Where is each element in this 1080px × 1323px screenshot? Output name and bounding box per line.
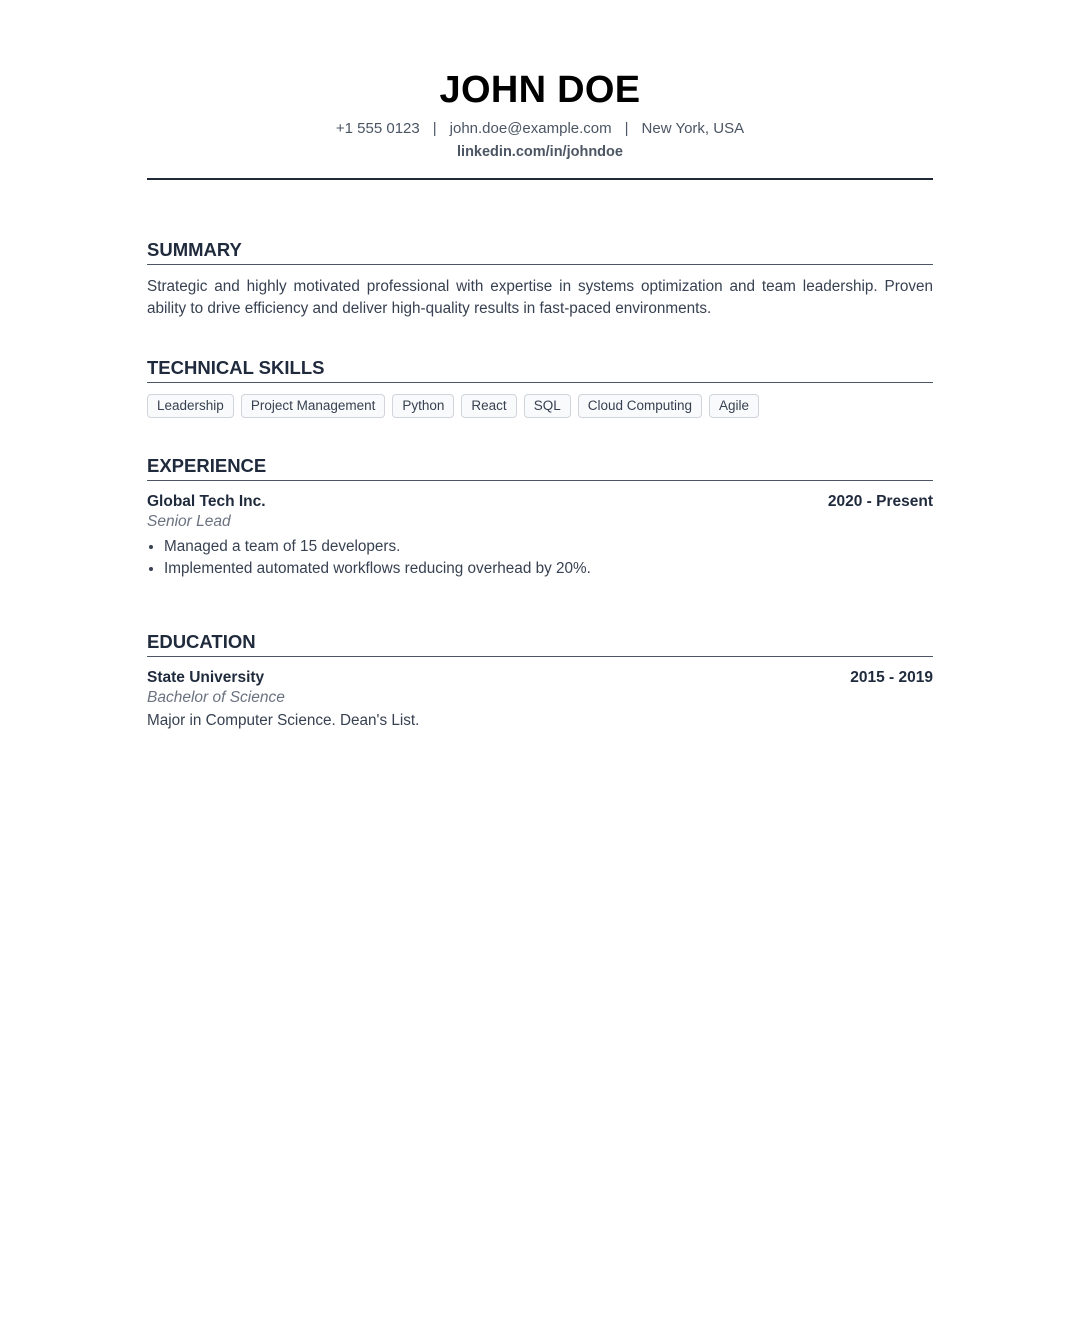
skill-tag: Python [392,394,454,418]
linkedin-link[interactable]: linkedin.com/in/johndoe [147,142,933,162]
education-entry: State University 2015 - 2019 Bachelor of… [147,668,933,732]
degree: Bachelor of Science [147,688,933,708]
achievement-list: Managed a team of 15 developers. Impleme… [147,536,933,580]
section-title-education: EDUCATION [147,630,933,657]
resume-header: JOHN DOE +1 555 0123|john.doe@example.co… [147,0,933,180]
contact-line: +1 555 0123|john.doe@example.com|New Yor… [147,119,933,139]
summary-text: Strategic and highly motivated professio… [147,276,933,320]
skills-list: Leadership Project Management Python Rea… [147,394,933,418]
section-title-experience: EXPERIENCE [147,454,933,481]
employment-dates: 2020 - Present [828,492,933,512]
skill-tag: Cloud Computing [578,394,702,418]
skill-tag: React [461,394,516,418]
education-section: EDUCATION State University 2015 - 2019 B… [147,630,933,732]
experience-entry: Global Tech Inc. 2020 - Present Senior L… [147,492,933,580]
education-entry-header: State University 2015 - 2019 [147,668,933,688]
skills-section: TECHNICAL SKILLS Leadership Project Mana… [147,356,933,418]
summary-section: SUMMARY Strategic and highly motivated p… [147,238,933,320]
location: New York, USA [642,120,745,137]
experience-entry-header: Global Tech Inc. 2020 - Present [147,492,933,512]
section-title-summary: SUMMARY [147,238,933,265]
skill-tag: Project Management [241,394,386,418]
candidate-name: JOHN DOE [147,0,933,113]
skill-tag: SQL [524,394,571,418]
section-title-skills: TECHNICAL SKILLS [147,356,933,383]
skill-tag: Agile [709,394,759,418]
school-name: State University [147,668,264,688]
resume-page: JOHN DOE +1 555 0123|john.doe@example.co… [147,0,933,180]
skill-tag: Leadership [147,394,234,418]
experience-section: EXPERIENCE Global Tech Inc. 2020 - Prese… [147,454,933,580]
education-dates: 2015 - 2019 [850,668,933,688]
company-name: Global Tech Inc. [147,492,266,512]
header-divider [147,178,933,180]
contact-separator: | [433,119,437,139]
phone-number: +1 555 0123 [336,120,420,137]
email-address[interactable]: john.doe@example.com [450,120,612,137]
job-title: Senior Lead [147,512,933,532]
contact-separator: | [625,119,629,139]
achievement-item: Implemented automated workflows reducing… [164,558,933,580]
education-description: Major in Computer Science. Dean's List. [147,710,933,732]
achievement-item: Managed a team of 15 developers. [164,536,933,558]
